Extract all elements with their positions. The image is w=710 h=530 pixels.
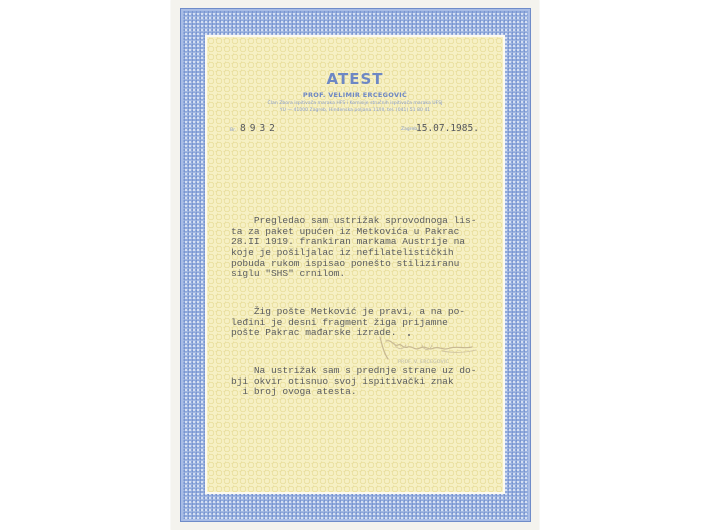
issuer-name: PROF. VELIMIR ERCEGOVIĆ — [207, 91, 503, 99]
certificate-body: Pregledao sam ustrižak sprovodnoga lis- … — [231, 195, 506, 414]
number-label: Br. — [230, 128, 236, 133]
signature-icon — [372, 333, 482, 363]
examiner-stamp: PROF. V. ERCEGOVIĆ — [398, 360, 449, 365]
certificate-title: ATEST — [207, 70, 503, 88]
paragraph-description: Pregledao sam ustrižak sprovodnoga lis- … — [231, 216, 506, 280]
issuer-address: YU — 41000 Zagreb, Hindenska poljana 11/… — [207, 108, 503, 113]
certificate-date: 15.07.1985. — [416, 123, 479, 134]
paragraph-mark: Na ustrižak sam s prednje strane uz do- … — [231, 366, 506, 398]
issuer-affiliation: Član Zbora ispitivača maraka HFS i Komis… — [207, 101, 503, 106]
certificate-number: 8932 — [240, 123, 279, 134]
